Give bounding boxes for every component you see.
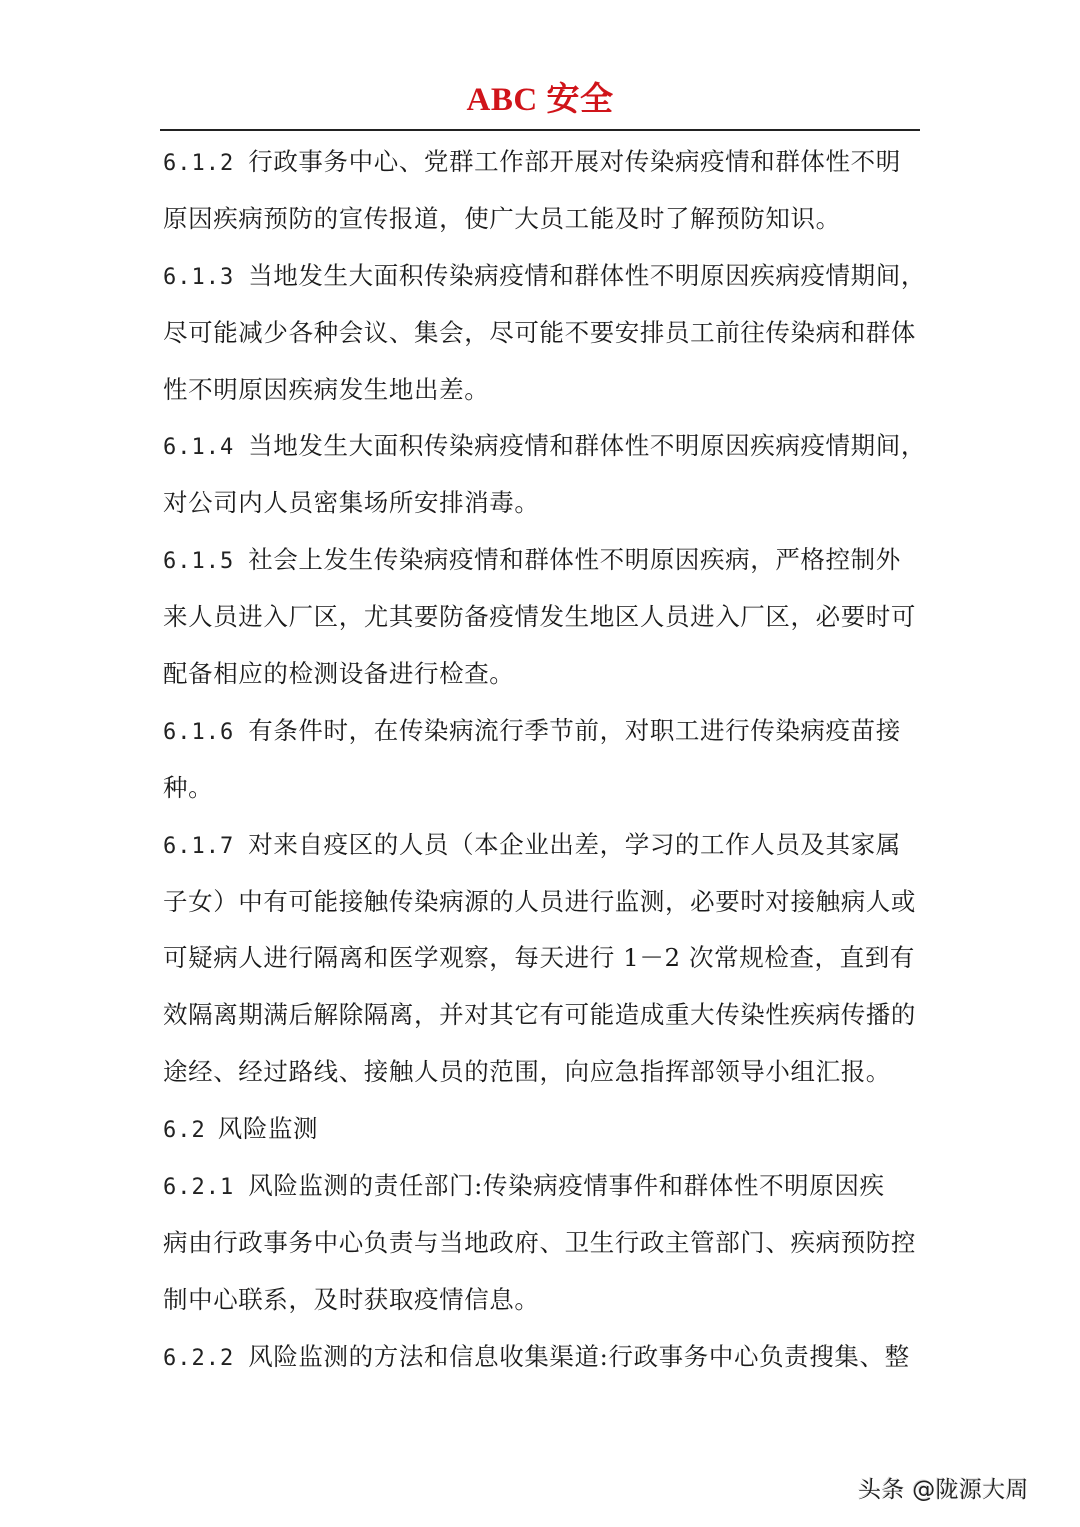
paragraph-6-1-5-line-2: 来人员进入厂区，尤其要防备疫情发生地区人员进入厂区，必要时可 bbox=[163, 591, 923, 648]
paragraph-6-1-6-line-2: 种。 bbox=[163, 762, 923, 819]
paragraph-6-2-1-line-1: 6.2.1风险监测的责任部门:传染病疫情事件和群体性不明原因疾 bbox=[163, 1160, 923, 1217]
line-text: 有条件时，在传染病流行季节前，对职工进行传染病疫苗接 bbox=[248, 716, 901, 745]
line-text: 制中心联系，及时获取疫情信息。 bbox=[163, 1285, 540, 1314]
document-title: ABC 安全 bbox=[0, 78, 1080, 122]
title-divider bbox=[160, 129, 920, 131]
line-text: 尽可能减少各种会议、集会，尽可能不要安排员工前往传染病和群体 bbox=[163, 318, 916, 347]
line-text: 可疑病人进行隔离和医学观察，每天进行 1－2 次常规检查，直到有 bbox=[163, 943, 915, 972]
clause-number: 6.1.3 bbox=[163, 252, 234, 304]
paragraph-6-1-2-line-2: 原因疾病预防的宣传报道，使广大员工能及时了解预防知识。 bbox=[163, 193, 923, 250]
line-text: 当地发生大面积传染病疫情和群体性不明原因疾病疫情期间， bbox=[248, 261, 926, 290]
clause-number: 6.1.7 bbox=[163, 821, 234, 873]
line-text: 效隔离期满后解除隔离，并对其它有可能造成重大传染性疾病传播的 bbox=[163, 1000, 916, 1029]
line-text: 对来自疫区的人员（本企业出差，学习的工作人员及其家属 bbox=[248, 830, 901, 859]
line-text: 子女）中有可能接触传染病源的人员进行监测，必要时对接触病人或 bbox=[163, 887, 916, 916]
line-text: 配备相应的检测设备进行检查。 bbox=[163, 659, 514, 688]
paragraph-6-2-2-line-1: 6.2.2风险监测的方法和信息收集渠道:行政事务中心负责搜集、整 bbox=[163, 1331, 923, 1388]
line-text: 风险监测的方法和信息收集渠道:行政事务中心负责搜集、整 bbox=[248, 1342, 909, 1371]
paragraph-6-1-3-line-2: 尽可能减少各种会议、集会，尽可能不要安排员工前往传染病和群体 bbox=[163, 307, 923, 364]
paragraph-6-1-6-line-1: 6.1.6有条件时，在传染病流行季节前，对职工进行传染病疫苗接 bbox=[163, 705, 923, 762]
paragraph-6-1-3-line-3: 性不明原因疾病发生地出差。 bbox=[163, 364, 923, 421]
source-watermark: 头条 @陇源大周 bbox=[858, 1471, 1029, 1504]
paragraph-6-1-7-line-3: 可疑病人进行隔离和医学观察，每天进行 1－2 次常规检查，直到有 bbox=[163, 932, 923, 989]
paragraph-6-2-1-line-3: 制中心联系，及时获取疫情信息。 bbox=[163, 1274, 923, 1331]
clause-number: 6.2.1 bbox=[163, 1162, 234, 1214]
section-6-2-heading: 6.2风险监测 bbox=[163, 1103, 923, 1160]
document-body: 6.1.2行政事务中心、党群工作部开展对传染病疫情和群体性不明 原因疾病预防的宣… bbox=[163, 136, 923, 1388]
paragraph-6-1-4-line-1: 6.1.4当地发生大面积传染病疫情和群体性不明原因疾病疫情期间， bbox=[163, 420, 923, 477]
paragraph-6-1-7-line-4: 效隔离期满后解除隔离，并对其它有可能造成重大传染性疾病传播的 bbox=[163, 989, 923, 1046]
paragraph-6-1-7-line-5: 途经、经过路线、接触人员的范围，向应急指挥部领导小组汇报。 bbox=[163, 1046, 923, 1103]
paragraph-6-1-5-line-1: 6.1.5社会上发生传染病疫情和群体性不明原因疾病，严格控制外 bbox=[163, 534, 923, 591]
line-text: 病由行政事务中心负责与当地政府、卫生行政主管部门、疾病预防控 bbox=[163, 1228, 916, 1257]
paragraph-6-1-7-line-1: 6.1.7对来自疫区的人员（本企业出差，学习的工作人员及其家属 bbox=[163, 819, 923, 876]
clause-number: 6.1.4 bbox=[163, 422, 234, 474]
clause-number: 6.1.6 bbox=[163, 707, 234, 759]
line-text: 来人员进入厂区，尤其要防备疫情发生地区人员进入厂区，必要时可 bbox=[163, 602, 916, 631]
line-text: 当地发生大面积传染病疫情和群体性不明原因疾病疫情期间， bbox=[248, 431, 926, 460]
clause-number: 6.1.5 bbox=[163, 536, 234, 588]
clause-number: 6.1.2 bbox=[163, 138, 234, 190]
paragraph-6-1-4-line-2: 对公司内人员密集场所安排消毒。 bbox=[163, 477, 923, 534]
paragraph-6-2-1-line-2: 病由行政事务中心负责与当地政府、卫生行政主管部门、疾病预防控 bbox=[163, 1217, 923, 1274]
line-text: 原因疾病预防的宣传报道，使广大员工能及时了解预防知识。 bbox=[163, 204, 841, 233]
paragraph-6-1-3-line-1: 6.1.3当地发生大面积传染病疫情和群体性不明原因疾病疫情期间， bbox=[163, 250, 923, 307]
line-text: 性不明原因疾病发生地出差。 bbox=[163, 375, 489, 404]
line-text: 风险监测的责任部门:传染病疫情事件和群体性不明原因疾 bbox=[248, 1171, 884, 1200]
section-number: 6.2 bbox=[163, 1105, 206, 1157]
clause-number: 6.2.2 bbox=[163, 1333, 234, 1385]
section-heading-text: 风险监测 bbox=[218, 1114, 318, 1143]
paragraph-6-1-7-line-2: 子女）中有可能接触传染病源的人员进行监测，必要时对接触病人或 bbox=[163, 876, 923, 933]
line-text: 社会上发生传染病疫情和群体性不明原因疾病，严格控制外 bbox=[248, 545, 901, 574]
line-text: 种。 bbox=[163, 773, 213, 802]
line-text: 对公司内人员密集场所安排消毒。 bbox=[163, 488, 540, 517]
line-text: 行政事务中心、党群工作部开展对传染病疫情和群体性不明 bbox=[248, 147, 901, 176]
line-text: 途经、经过路线、接触人员的范围，向应急指挥部领导小组汇报。 bbox=[163, 1057, 891, 1086]
paragraph-6-1-2-line-1: 6.1.2行政事务中心、党群工作部开展对传染病疫情和群体性不明 bbox=[163, 136, 923, 193]
paragraph-6-1-5-line-3: 配备相应的检测设备进行检查。 bbox=[163, 648, 923, 705]
